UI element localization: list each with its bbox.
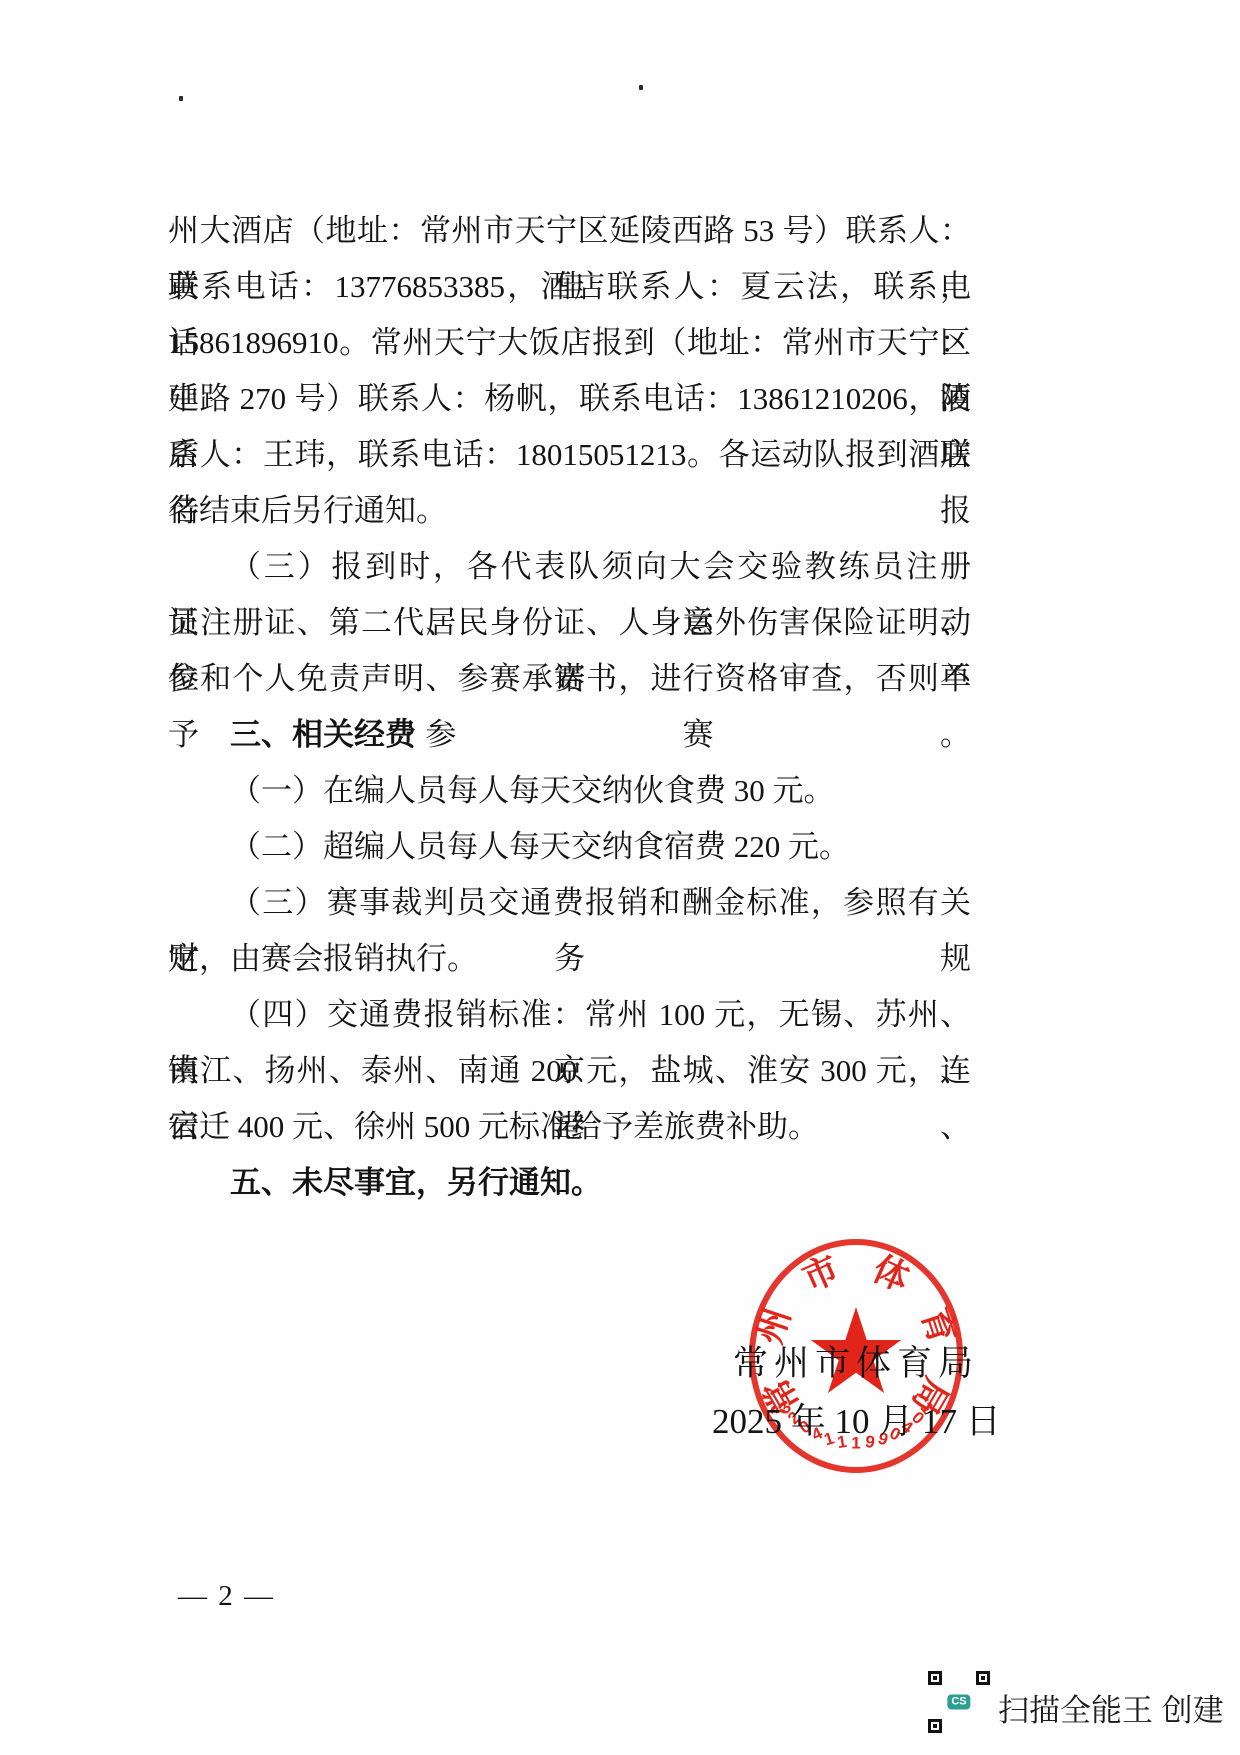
text-line: 位和个人免责声明、参赛承诺书，进行资格审查，否则不予参赛。: [168, 651, 971, 707]
scan-speck: [179, 96, 183, 101]
text-line: 联系电话：13776853385，酒店联系人：夏云法，联系电话：: [168, 259, 971, 315]
scanner-watermark-text: 扫描全能王 创建: [998, 1685, 1224, 1730]
text-line: 员注册证、第二代居民身份证、人身意外伤害保险证明、参赛单: [168, 595, 971, 651]
scan-speck: [639, 85, 643, 90]
text-line: 州大酒店（地址：常州市天宁区延陵西路 53 号）联系人：黄佳，: [168, 203, 971, 259]
signature-date: 2025 年 10 月 17 日: [712, 1394, 997, 1444]
scanned-document-page: 州大酒店（地址：常州市天宁区延陵西路 53 号）联系人：黄佳， 联系电话：137…: [0, 0, 1240, 1755]
qr-corner-marker: [928, 1719, 942, 1733]
document-body: 州大酒店（地址：常州市天宁区延陵西路 53 号）联系人：黄佳， 联系电话：137…: [168, 203, 971, 1211]
section-heading-misc: 五、未尽事宜，另行通知。: [168, 1155, 971, 1211]
text-line: （三）报到时，各代表队须向大会交验教练员注册证、运动: [168, 539, 971, 595]
text-line: （二）超编人员每人每天交纳食宿费 220 元。: [168, 819, 971, 875]
page-number: — 2 —: [178, 1580, 275, 1613]
qr-badge: CS: [947, 1695, 970, 1710]
text-line: （一）在编人员每人每天交纳伙食费 30 元。: [168, 763, 971, 819]
text-line: （三）赛事裁判员交通费报销和酬金标准，参照有关财务规: [168, 875, 971, 931]
text-line: 中路 270 号）联系人：杨帆，联系电话：13861210206，酒店联: [168, 371, 971, 427]
text-line: 系人：王玮，联系电话：18015051213。各运动队报到酒店待报: [168, 427, 971, 483]
qr-code-icon: CS: [928, 1671, 990, 1733]
text-line: （四）交通费报销标准：常州 100 元，无锡、苏州、南京、: [168, 987, 971, 1043]
signature-org: 常州市体育局: [733, 1336, 973, 1386]
qr-corner-marker: [928, 1671, 942, 1685]
text-line: 镇江、扬州、泰州、南通 200 元，盐城、淮安 300 元，连云港、: [168, 1043, 971, 1099]
qr-corner-marker: [976, 1671, 990, 1685]
text-line: 15861896910。常州天宁大饭店报到（地址：常州市天宁区延陵: [168, 315, 971, 371]
